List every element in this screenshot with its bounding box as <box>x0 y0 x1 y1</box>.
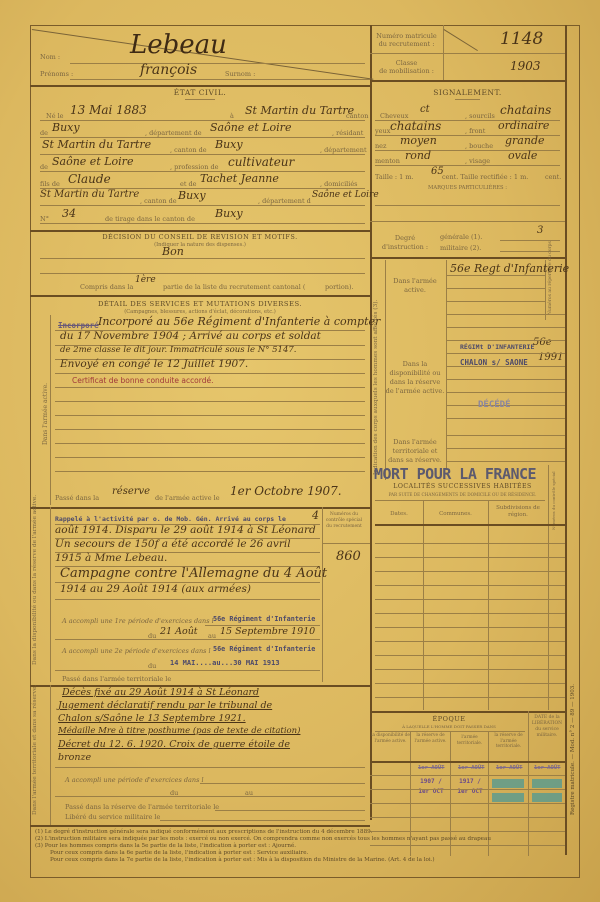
numero-controle-value: 860 <box>336 549 361 564</box>
marques-label: MARQUES PARTICULIÈRES : <box>370 185 565 191</box>
disponibilite-label: Dans la disponibilité ou dans la réserve… <box>385 360 445 396</box>
menton-value: rond <box>405 149 431 162</box>
affectation-side-label: Indication des corps auxquels les hommes… <box>373 300 379 475</box>
side-label-disponibilite: Dans la disponibilité ou dans la réserve… <box>32 515 38 665</box>
matricule-value: 1148 <box>500 29 543 49</box>
active-label: Dans l'armée active. <box>385 277 445 295</box>
right-frame-line <box>565 25 567 855</box>
footnote-2: (2) L'instruction militaire sera indiqué… <box>35 836 491 842</box>
side-label-territoriale: Dans l'armée territoriale et dans sa rés… <box>32 685 38 815</box>
passe-value: réserve <box>112 486 150 497</box>
deces-line-4: Médaille Mre à titre posthume (pas de te… <box>58 726 300 736</box>
disponibilite-stamp-1: RÉGIMt D'INFANTERIE <box>460 343 534 351</box>
parents-department: Saône et Loire <box>312 190 379 200</box>
compris-value: 1ère <box>135 275 156 285</box>
decision-title: DÉCISION DU CONSEIL DE REVISION ET MOTIF… <box>30 233 370 241</box>
deces-line-5: Décret du 12. 6. 1920. Croix de guerre é… <box>58 739 290 750</box>
mort-pour-la-france-stamp: MORT POUR LA FRANCE <box>374 465 536 483</box>
sourcils-value: chatains <box>500 103 551 117</box>
signalement-title: SIGNALEMENT. <box>370 88 565 97</box>
rappele-stamp: Rappelé à l'activité par o. de Mob. Gén.… <box>55 515 286 523</box>
birth-canton: Buxy <box>52 121 80 134</box>
deces-line-2: Jugement déclaratif rendu par le tribuna… <box>58 700 272 711</box>
column-divider <box>370 25 372 820</box>
decision-value: Bon <box>162 245 184 258</box>
cheveux-value: ct <box>420 104 430 115</box>
classe-value: 1903 <box>510 59 541 73</box>
col-communes: Communes. <box>423 511 488 517</box>
registre-matricule-sheet: Nom : Lebeau Prénoms : françois Surnom :… <box>30 25 580 895</box>
service-line-4: Envoyé en congé le 12 Juillet 1907. <box>60 358 248 370</box>
deces-line-3: Chalon s/Saône le 13 Septembre 1921. <box>58 713 246 724</box>
tirage-number: 34 <box>62 207 76 220</box>
nom-value: Lebeau <box>130 30 227 60</box>
passe-date: 1er Octobre 1907. <box>230 484 342 498</box>
footnote-1: (1) Le degré d'instruction générale sera… <box>35 829 372 835</box>
bouche-value: grande <box>505 134 545 147</box>
deces-line-6: bronze <box>58 752 91 763</box>
residence-canton: Buxy <box>215 138 243 151</box>
blue-label-tag <box>532 793 562 802</box>
birth-date: 13 Mai 1883 <box>70 103 147 117</box>
father-name: Claude <box>68 172 111 186</box>
residence-department: Saône et Loire <box>52 155 133 168</box>
classe-label-1: Classe <box>374 59 439 67</box>
numeros-controle-header: Numéros du contrôle spécial du recruteme… <box>323 512 365 530</box>
blue-label-tag <box>532 779 562 788</box>
territoriale-label: Dans l'armée territoriale et dans sa rés… <box>385 438 445 465</box>
campagne-line-1: Campagne contre l'Allemagne du 4 Août <box>60 566 327 581</box>
residence: St Martin du Tartre <box>42 138 151 151</box>
service-line-3: de 2me classe le dit jour. Immatriculé s… <box>60 345 297 355</box>
prenoms-label: Prénoms : <box>40 70 73 78</box>
classe-label-2: de mobilisation : <box>374 67 439 75</box>
visage-value: ovale <box>508 149 537 162</box>
certificat-stamp: Certificat de bonne conduite accordé. <box>72 376 214 385</box>
services-title: DÉTAIL DES SERVICES ET MUTATIONS DIVERSE… <box>30 300 370 308</box>
epoque-territoriale: 1917 / 1er OCT <box>452 777 488 797</box>
blue-label-tag <box>492 779 524 788</box>
prenoms-value: françois <box>140 62 197 78</box>
service-line-1: Incorporé au 56e Régiment d'Infanterie à… <box>98 315 380 328</box>
periode2-regiment: 56e Régiment d'Infanterie <box>213 645 315 653</box>
front-value: ordinaire <box>498 119 549 132</box>
instruction-generale-value: 3 <box>537 225 543 236</box>
nom-label: Nom : <box>40 53 60 61</box>
mother-name: Tachet Jeanne <box>200 172 279 185</box>
yeux-value: chatains <box>390 119 441 133</box>
nez-value: moyen <box>400 134 437 147</box>
blue-label-tag <box>492 793 524 802</box>
periode1-regiment: 56e Régiment d'Infanterie <box>213 615 315 623</box>
footnote-4: Pour ceux compris dans la 6e partie de l… <box>50 850 308 856</box>
matricule-label-1: Numéro matricule <box>374 32 439 40</box>
profession: cultivateur <box>228 155 294 169</box>
parents-domicile: St Martin du Tartre <box>40 189 139 200</box>
periode1-du-value: 21 Août <box>160 626 198 637</box>
decede-stamp: DÉCÉDÉ <box>478 400 511 410</box>
birth-department: Saône et Loire <box>210 121 291 134</box>
register-model-label: Registre matricule. — Mod. n° 2 — 89 — 1… <box>570 684 576 815</box>
deces-line-1: Décès fixé au 29 Août 1914 à St Léonard <box>62 687 259 698</box>
campagne-line-2: 1914 au 29 Août 1914 (aux armées) <box>60 583 251 595</box>
side-label-active: Dans l'armée active. <box>42 383 49 445</box>
epoque-title: ÉPOQUE <box>370 715 528 723</box>
footnote-3: (3) Pour les hommes compris dans la 5e p… <box>35 843 296 849</box>
parents-canton: Buxy <box>178 189 206 202</box>
periode2-dates: 14 MAI....au...30 MAI 1913 <box>170 659 280 667</box>
surnom-label: Surnom : <box>225 70 255 78</box>
reserve-line-4: 1915 à Mme Lebeau. <box>55 552 167 564</box>
numeros-repertoire-header: Numéros au répertoire du corps <box>548 241 553 315</box>
footnote-5: Pour ceux compris dans la 7e partie de l… <box>50 857 435 863</box>
matricule-label-2: du recrutement : <box>374 40 439 48</box>
periode1-au-value: 15 Septembre 1910 <box>220 626 315 637</box>
birth-place: St Martin du Tartre <box>245 104 354 117</box>
date-liberation-header: DATE de la LIBÉRATION du service militai… <box>529 715 565 739</box>
service-line-2: du 17 Novembre 1904 ; Arrivé au corps et… <box>60 330 321 342</box>
col-dates: Dates. <box>375 511 423 517</box>
reserve-line-2: août 1914. Disparu le 29 août 1914 à St … <box>55 524 316 536</box>
outer-frame <box>30 25 580 878</box>
col-subdivisions: Subdivisions de région. <box>490 505 546 519</box>
epoque-reserve-active: 1907 / 1er OCT <box>413 777 449 797</box>
tirage-canton: Buxy <box>215 207 243 220</box>
localites-title: LOCALITÉS SUCCESSIVES HABITÉES <box>370 483 555 490</box>
reserve-line-3: Un secours de 150f a été accordé le 26 a… <box>55 538 291 550</box>
affectation-active-value: 56e Regt d'Infanterie <box>450 262 569 275</box>
etat-civil-title: ÉTAT CIVIL. <box>30 88 370 97</box>
